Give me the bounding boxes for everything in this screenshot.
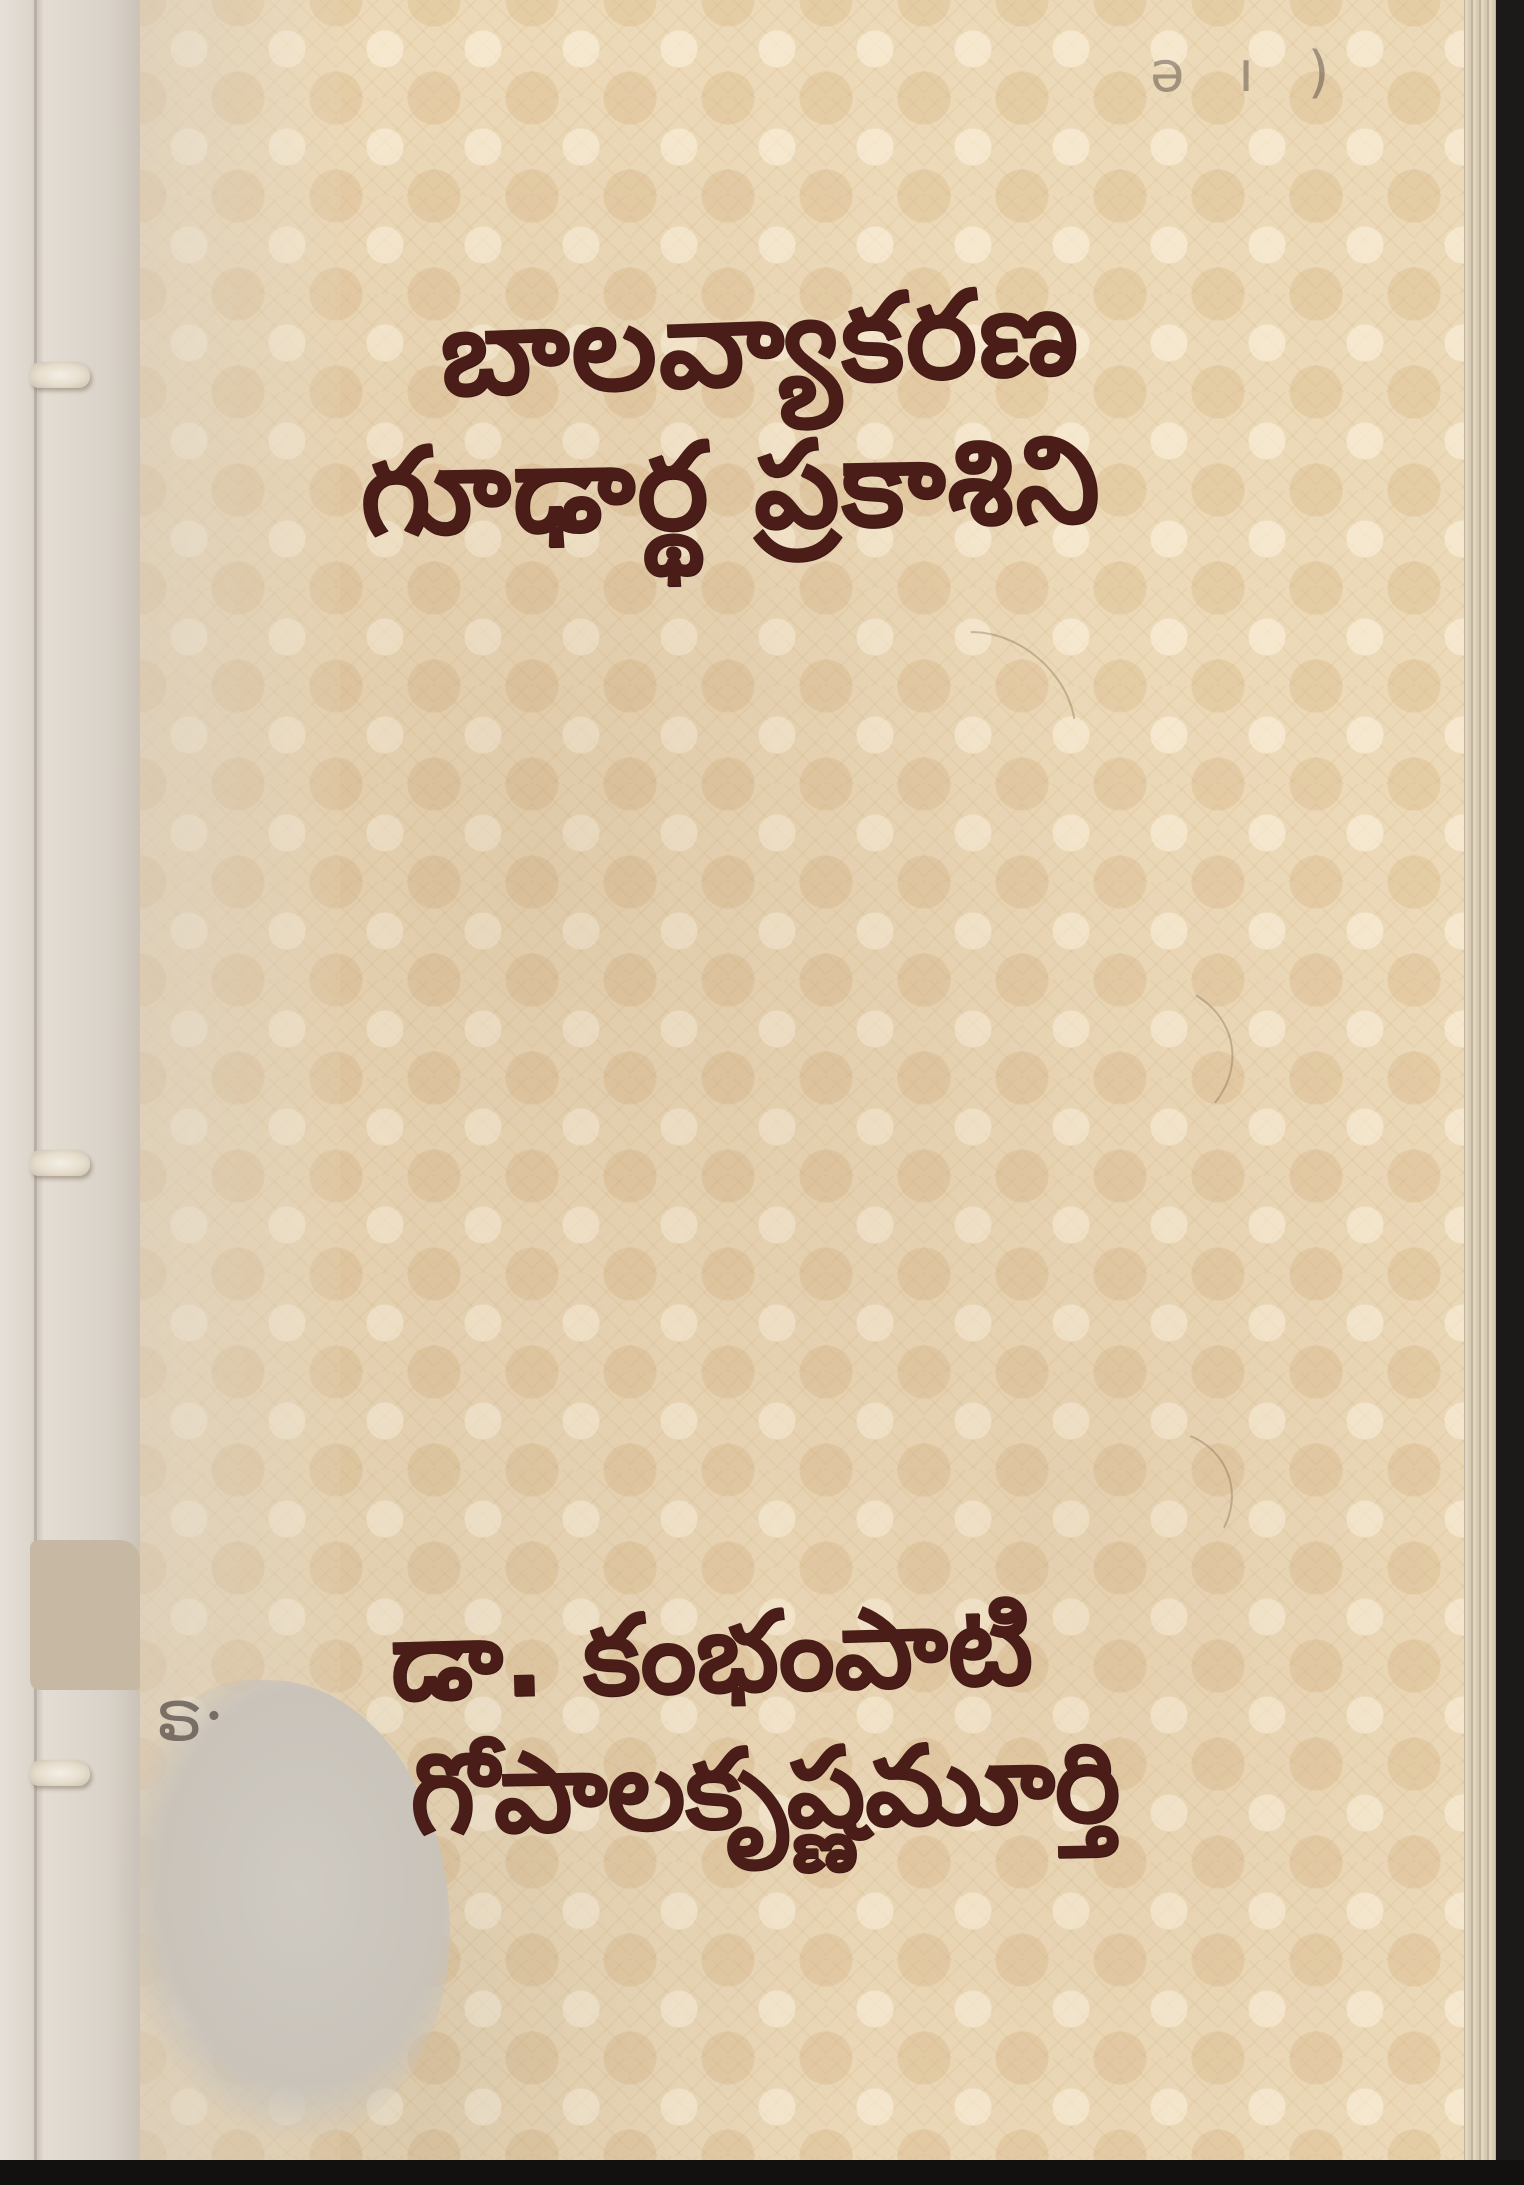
- binding-thread: [30, 1760, 90, 1786]
- page-edges: [1460, 0, 1496, 2160]
- author-line-2: గోపాలకృష్ణమూర్తి: [389, 1709, 1391, 1864]
- binding-thread: [30, 362, 90, 388]
- spine-fold-line: [34, 0, 37, 2160]
- book-author: డా. కంభంపాటి గోపాలకృష్ణమూర్తి: [390, 1580, 1390, 1855]
- author-line-1: డా. కంభంపాటి: [388, 1567, 1391, 1731]
- ink-stain: ຣ·: [155, 1675, 225, 1757]
- title-line-1: బాలవ్యాకరణ: [328, 254, 1252, 430]
- book: ຣ· ə ı ) బాలవ్యాకరణ గూఢార్థ ప్రకాశిని డా…: [0, 0, 1490, 2160]
- torn-spine-patch: [30, 1540, 140, 1690]
- pencil-marks: ə ı ): [1150, 40, 1347, 105]
- book-spine: [0, 0, 140, 2160]
- binding-thread: [30, 1150, 90, 1176]
- book-title: బాలవ్యాకరణ గూఢార్థ ప్రకాశిని: [330, 270, 1250, 558]
- background-surface: [0, 2160, 1524, 2185]
- title-line-2: గూఢార్థ ప్రకాశిని: [329, 406, 1251, 566]
